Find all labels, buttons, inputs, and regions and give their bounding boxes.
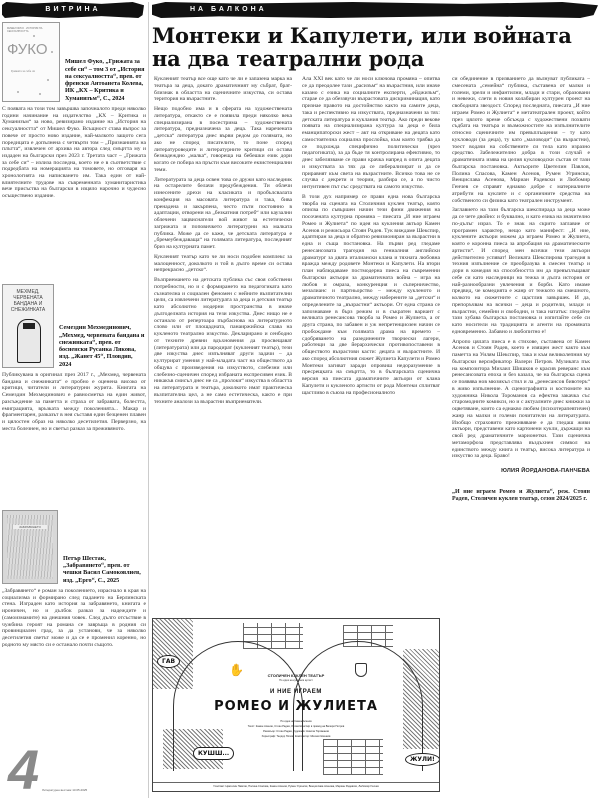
article-paragraph: Ала XXI век като че ли носи ключова пром… — [302, 76, 440, 191]
book-entry-mehmedinovic: МЕХМЕД, ЧЕРВЕНАТА БАНДАНА И СНЕЖИНКАТА С… — [2, 284, 146, 432]
book-entry-foucault: МИШЕЛ ФУКО · ИСТОРИЯ НА СЕКСУАЛНОСТТА ФУ… — [2, 22, 146, 200]
section-banner-vitrina: ВИТРИНА — [2, 2, 144, 18]
book-caption: Петър Шестак, „Забравянето“, прев. от че… — [63, 555, 146, 584]
poster-credit-line: Хореограф: Теодор Попов, Композитор: Мих… — [213, 734, 379, 739]
cover-subtitle: Грижата за себе си — [11, 69, 35, 73]
book-caption: Семездин Мехмединович, „Мехмед, червенат… — [59, 324, 146, 368]
cover-dot-decor — [51, 51, 53, 53]
book-review-text: „Забравянето“ е роман за поколението, из… — [2, 588, 146, 648]
article-paragraph: Заглавието на тази българска шекспирада … — [452, 207, 590, 335]
poster-credits: По идея на Камен Асенов Текст: Камен Асе… — [213, 719, 379, 739]
cover-dot-decor — [17, 91, 19, 93]
article-paragraph: В този дух например се прави една нова б… — [302, 194, 440, 397]
cover-dot-decor — [39, 93, 41, 95]
column-divider — [148, 2, 149, 798]
article-paragraph: си обединение в призванието да вълнуват … — [452, 76, 590, 204]
cover-title: МЕХМЕД, ЧЕРВЕНАТА БАНДАНА И СНЕЖИНКАТА — [6, 289, 50, 313]
book-cover-mehmed: МЕХМЕД, ЧЕРВЕНАТА БАНДАНА И СНЕЖИНКАТА — [2, 284, 54, 368]
article-column-3: си обединение в призванието да вълнуват … — [452, 76, 590, 776]
article-paragraph: Възприемането на детската публика със св… — [154, 277, 292, 405]
article-paragraph: Кукленият театър все още като че ли е за… — [154, 76, 292, 103]
article-headline: Монтеки и Капулети, или войната на два т… — [152, 24, 598, 70]
speech-bubble-gav: ГАВ — [157, 655, 180, 668]
play-poster-image: ✋ СТОЛИЧЕН КУКЛЕН ТЕАТЪР По идея на кукл… — [152, 618, 440, 792]
article-paragraph: Нещо подобно има и в сферата на художест… — [154, 106, 292, 174]
book-caption: Мишел Фуко, „Грижата за себе си“ – том 3… — [65, 58, 146, 102]
article-paragraph: Литературата за деца освен това се дружи… — [154, 177, 292, 251]
article-column-2: Ала XXI век като че ли носи ключова пром… — [302, 76, 440, 576]
poster-caption: „И ние играем Ромео и Жулиета“, реж. Сто… — [452, 489, 590, 503]
issue-info: Литературен вестник 13.05.2025 — [42, 788, 87, 792]
poster-organization-sub: По идея на кукления артист — [153, 679, 439, 682]
cover-top-text: МИШЕЛ ФУКО · ИСТОРИЯ НА СЕКСУАЛНОСТТА — [7, 27, 55, 33]
book-entry-shestak: ЗАБРАВЯНЕТО Петър Шестак, „Забравянето“,… — [2, 510, 146, 648]
cover-title: ФУКО — [7, 41, 48, 58]
cover-dot-decor — [33, 35, 35, 37]
poster-pre-title: И НИЕ ИГРАЕМ — [153, 689, 439, 695]
book-cover-foucault: МИШЕЛ ФУКО · ИСТОРИЯ НА СЕКСУАЛНОСТТА ФУ… — [2, 22, 60, 102]
cover-title: ЗАБРАВЯНЕТО — [13, 525, 47, 529]
poster-title: РОМЕО И ЖУЛИЕТА — [153, 699, 439, 714]
article-author: ЮЛИЯ ЙОРДАНОВА-ПАНЧЕВА — [452, 468, 590, 475]
cover-dot-decor — [47, 79, 49, 81]
speech-bubble-kush: КУШШ... — [193, 747, 234, 760]
book-cover-shestak: ЗАБРАВЯНЕТО — [2, 510, 58, 584]
book-review-text: Публикувана в оригинал през 2017 г., „Ме… — [2, 372, 146, 432]
article-paragraph: Апропо цялата пиеса е в стихове, съставе… — [452, 339, 590, 461]
cover-illustration-bandana — [23, 323, 35, 329]
book-review-text: С появата на този том завършва започнало… — [2, 106, 146, 200]
article-column-1: Кукленият театър все още като че ли е за… — [154, 76, 292, 576]
page-number: 4 — [8, 742, 39, 798]
speech-bubble-zhuli: ЖУЛИ! — [405, 753, 440, 766]
poster-organization: СТОЛИЧЕН КУКЛЕН ТЕАТЪР — [153, 673, 439, 678]
article-paragraph: Кукленият театър като че ли носи подобен… — [154, 254, 292, 274]
section-banner-na-balkona: НА БАЛКОНА — [152, 2, 598, 18]
newspaper-page: ВИТРИНА НА БАЛКОНА МИШЕЛ ФУКО · ИСТОРИЯ … — [0, 0, 600, 800]
poster-cast-line: Участват: Цветелин Павлов, Полина Спасов… — [153, 782, 439, 788]
